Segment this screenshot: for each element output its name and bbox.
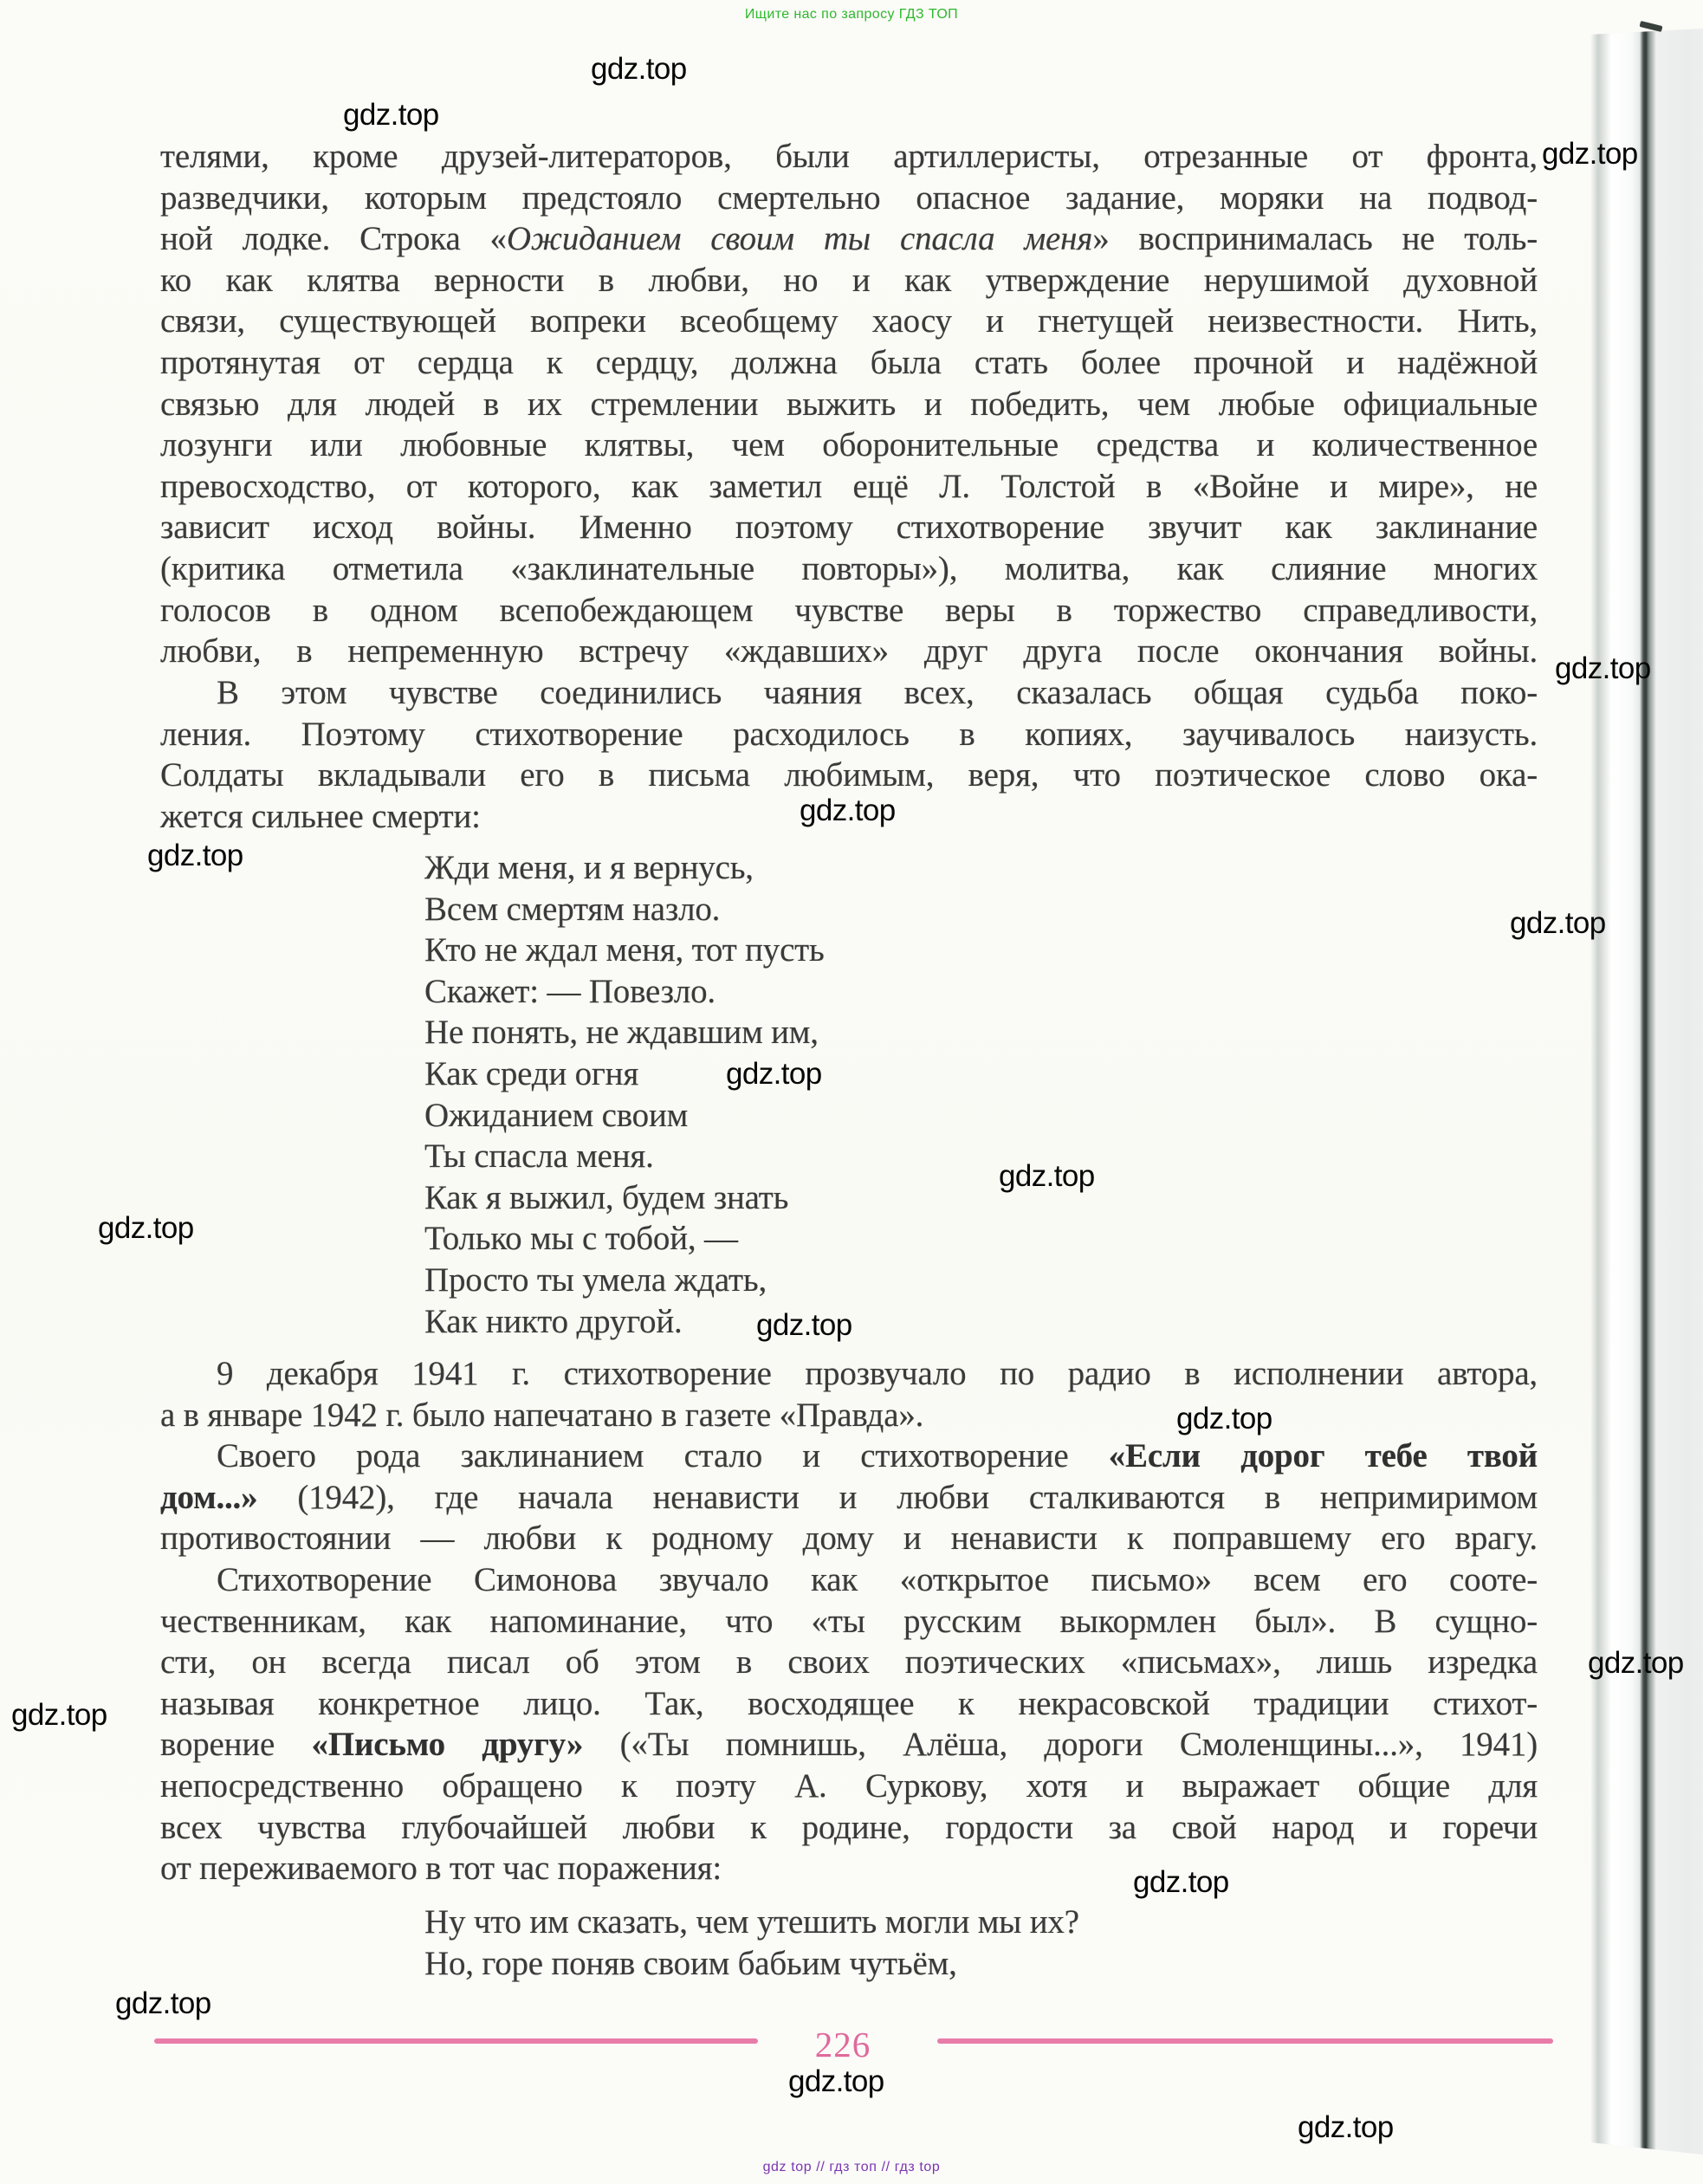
bottom-watermark-banner: gdz top // гдз топ // гдз top	[0, 2160, 1703, 2175]
text-line: Не понять, не ждавшим им,	[424, 1012, 1377, 1053]
text-line: называя конкретное лицо. Так, восходящее…	[160, 1683, 1538, 1725]
gdz-watermark: gdz.top	[1298, 2110, 1394, 2145]
text-segment: ворение	[160, 1726, 312, 1763]
text-segment: (критика отметила «заклинательные повтор…	[160, 550, 1538, 587]
text-segment: Но, горе поняв своим бабьим чутьём,	[424, 1945, 957, 1982]
gdz-watermark: gdz.top	[1542, 137, 1638, 172]
scanned-book-page: Ищите нас по запросу ГДЗ ТОП телями, кро…	[0, 0, 1703, 2184]
text-segment: («Ты помнишь, Алёша, дороги Смоленщины..…	[583, 1726, 1538, 1763]
text-line: голосов в одном всепобеждающем чувстве в…	[160, 590, 1538, 632]
text-line: Ты спасла меня.	[424, 1136, 1377, 1177]
bold-title: «Письмо другу»	[312, 1726, 584, 1763]
text-line: от переживаемого в тот час поражения:	[160, 1848, 1538, 1889]
text-segment: Стихотворение Симонова звучало как «откр…	[217, 1561, 1538, 1598]
page-edge-bar	[1590, 29, 1703, 2156]
text-line: ко как клятва верности в любви, но и как…	[160, 260, 1538, 301]
text-line: противостоянии — любви к родному дому и …	[160, 1518, 1538, 1559]
text-line: протянутая от сердца к сердцу, должна бы…	[160, 342, 1538, 384]
text-segment: голосов в одном всепобеждающем чувстве в…	[160, 592, 1538, 629]
text-segment: Как среди огня	[424, 1055, 638, 1092]
text-segment: (1942), где начала ненависти и любви ста…	[257, 1479, 1538, 1516]
gdz-watermark: gdz.top	[1176, 1402, 1272, 1436]
text-line: зависит исход войны. Именно поэтому стих…	[160, 507, 1538, 548]
text-segment: Солдаты вкладывали его в письма любимым,…	[160, 756, 1538, 794]
text-line: Всем смертям назло.	[424, 889, 1377, 930]
text-segment: называя конкретное лицо. Так, восходящее…	[160, 1685, 1538, 1722]
text-segment: связи, существующей вопреки всеобщему ха…	[160, 302, 1538, 340]
text-segment: Как я выжил, будем знать	[424, 1179, 788, 1216]
gdz-watermark: gdz.top	[98, 1211, 194, 1246]
text-segment: Не понять, не ждавшим им,	[424, 1014, 819, 1051]
text-line: 9 декабря 1941 г. стихотворение прозвуча…	[160, 1353, 1538, 1395]
text-segment: 9 декабря 1941 г. стихотворение прозвуча…	[217, 1355, 1538, 1392]
text-line: любви, в непременную встречу «ждавших» д…	[160, 631, 1538, 672]
paragraph-4: Своего рода заклинанием стало и стихотво…	[160, 1435, 1538, 1559]
text-line: Стихотворение Симонова звучало как «откр…	[160, 1559, 1538, 1601]
paragraph-3: 9 декабря 1941 г. стихотворение прозвуча…	[160, 1353, 1538, 1435]
text-segment: ления. Поэтому стихотворение расходилось…	[160, 716, 1538, 753]
text-segment: противостоянии — любви к родному дому и …	[160, 1520, 1538, 1557]
text-line: Ну что им сказать, чем утешить могли мы …	[424, 1902, 1377, 1943]
text-line: Жди меня, и я вернусь,	[424, 847, 1377, 889]
text-line: Ожиданием своим	[424, 1095, 1377, 1137]
text-line: связью для людей в их стремлении выжить …	[160, 384, 1538, 425]
text-line: всех чувства глубочайшей любви к родине,…	[160, 1807, 1538, 1849]
gdz-watermark: gdz.top	[343, 98, 439, 133]
gdz-watermark: gdz.top	[591, 52, 687, 87]
text-line: превосходство, от которого, как заметил …	[160, 466, 1538, 508]
text-segment: чественникам, как напоминание, что «ты р…	[160, 1603, 1538, 1640]
gdz-watermark: gdz.top	[1133, 1865, 1229, 1900]
text-segment: Просто ты умела ждать,	[424, 1261, 767, 1299]
page-number: 226	[791, 2024, 895, 2065]
text-segment: Ожиданием своим	[424, 1097, 688, 1134]
text-segment: сти, он всегда писал об этом в своих поэ…	[160, 1643, 1538, 1681]
text-line: Только мы с тобой, —	[424, 1218, 1377, 1260]
text-segment: Всем смертям назло.	[424, 891, 720, 928]
text-segment: связью для людей в их стремлении выжить …	[160, 386, 1538, 423]
bold-title: дом...»	[160, 1479, 257, 1516]
text-line: разведчики, которым предстояло смертельн…	[160, 178, 1538, 219]
gdz-watermark: gdz.top	[800, 794, 896, 828]
text-line: Но, горе поняв своим бабьим чутьём,	[424, 1943, 1377, 1985]
text-line: Как среди огня	[424, 1053, 1377, 1095]
text-line: сти, он всегда писал об этом в своих поэ…	[160, 1642, 1538, 1683]
text-line: а в январе 1942 г. было напечатано в газ…	[160, 1395, 1538, 1436]
gdz-watermark: gdz.top	[788, 2064, 884, 2099]
gdz-watermark: gdz.top	[115, 1986, 211, 2021]
text-segment: В этом чувстве соединились чаяния всех, …	[217, 674, 1538, 711]
text-line: Своего рода заклинанием стало и стихотво…	[160, 1435, 1538, 1477]
text-segment: Своего рода заклинанием стало и стихотво…	[217, 1437, 1109, 1474]
gdz-watermark: gdz.top	[1588, 1646, 1684, 1681]
text-segment: превосходство, от которого, как заметил …	[160, 468, 1538, 505]
text-line: непосредственно обращено к поэту А. Сурк…	[160, 1766, 1538, 1807]
text-segment: протянутая от сердца к сердцу, должна бы…	[160, 344, 1538, 381]
text-segment: Кто не ждал меня, тот пусть	[424, 931, 825, 969]
text-line: ворение «Письмо другу» («Ты помнишь, Алё…	[160, 1724, 1538, 1766]
text-segment: непосредственно обращено к поэту А. Сурк…	[160, 1767, 1538, 1805]
text-line: ления. Поэтому стихотворение расходилось…	[160, 714, 1538, 755]
text-segment: Ну что им сказать, чем утешить могли мы …	[424, 1903, 1079, 1941]
text-line: Просто ты умела ждать,	[424, 1260, 1377, 1301]
footer-rule-left	[154, 2038, 758, 2044]
text-segment: всех чувства глубочайшей любви к родине,…	[160, 1809, 1538, 1846]
text-line: связи, существующей вопреки всеобщему ха…	[160, 301, 1538, 342]
text-segment: разведчики, которым предстояло смертельн…	[160, 179, 1538, 217]
text-line: телями, кроме друзей-литераторов, были а…	[160, 136, 1538, 178]
paragraph-5: Стихотворение Симонова звучало как «откр…	[160, 1559, 1538, 1889]
gdz-watermark: gdz.top	[1555, 651, 1651, 686]
paragraph-1: телями, кроме друзей-литераторов, были а…	[160, 136, 1538, 672]
gdz-watermark: gdz.top	[1510, 906, 1606, 941]
poem-zhdi-menya: Жди меня, и я вернусь,Всем смертям назло…	[424, 847, 1377, 1342]
poem-nu-chto: Ну что им сказать, чем утешить могли мы …	[424, 1902, 1377, 1984]
text-line: Кто не ждал меня, тот пусть	[424, 930, 1377, 971]
text-segment: ной лодке. Строка «	[160, 220, 507, 257]
text-line: Как я выжил, будем знать	[424, 1177, 1377, 1219]
text-segment: от переживаемого в тот час поражения:	[160, 1850, 722, 1887]
gdz-watermark: gdz.top	[726, 1057, 822, 1092]
top-search-banner: Ищите нас по запросу ГДЗ ТОП	[0, 7, 1703, 23]
text-segment: Жди меня, и я вернусь,	[424, 849, 754, 886]
text-segment: зависит исход войны. Именно поэтому стих…	[160, 509, 1538, 546]
text-line: ной лодке. Строка «Ожиданием своим ты сп…	[160, 218, 1538, 260]
gdz-watermark: gdz.top	[147, 839, 243, 873]
text-segment: Скажет: — Повезло.	[424, 973, 716, 1010]
text-segment: Как никто другой.	[424, 1303, 683, 1340]
gdz-watermark: gdz.top	[999, 1159, 1095, 1194]
text-segment: а в январе 1942 г. было напечатано в газ…	[160, 1397, 923, 1434]
gdz-watermark: gdz.top	[756, 1308, 852, 1343]
text-segment: любви, в непременную встречу «ждавших» д…	[160, 632, 1538, 670]
text-segment: телями, кроме друзей-литераторов, были а…	[160, 138, 1538, 175]
text-line: (критика отметила «заклинательные повтор…	[160, 548, 1538, 590]
text-segment: ко как клятва верности в любви, но и как…	[160, 262, 1538, 299]
text-line: Скажет: — Повезло.	[424, 971, 1377, 1013]
text-segment: лозунги или любовные клятвы, чем оборони…	[160, 426, 1538, 463]
text-segment: Ты спасла меня.	[424, 1137, 654, 1175]
bold-title: «Если дорог тебе твой	[1109, 1437, 1538, 1474]
text-line: чественникам, как напоминание, что «ты р…	[160, 1601, 1538, 1643]
text-line: Как никто другой.	[424, 1301, 1377, 1343]
text-segment: » воспринималась не толь-	[1092, 220, 1538, 257]
text-line: Солдаты вкладывали его в письма любимым,…	[160, 755, 1538, 796]
italic-quote: Ожиданием своим ты спасла меня	[507, 220, 1092, 257]
text-line: дом...» (1942), где начала ненависти и л…	[160, 1477, 1538, 1519]
text-segment: жется сильнее смерти:	[160, 798, 481, 835]
text-segment: Только мы с тобой, —	[424, 1220, 738, 1257]
footer-rule-right	[937, 2038, 1553, 2044]
gdz-watermark: gdz.top	[11, 1698, 107, 1733]
text-line: В этом чувстве соединились чаяния всех, …	[160, 672, 1538, 714]
text-line: лозунги или любовные клятвы, чем оборони…	[160, 424, 1538, 466]
